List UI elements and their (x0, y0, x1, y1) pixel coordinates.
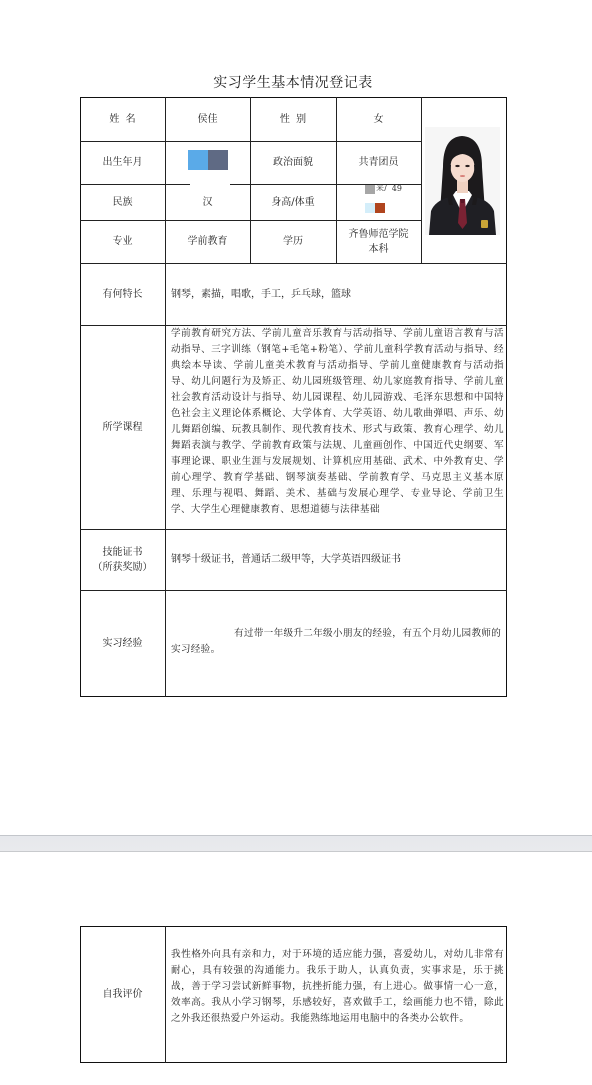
self-evaluation-value: 我性格外向具有亲和力，对于环境的适应能力强，喜爱幼儿，对幼儿非常有耐心，具有较强… (171, 947, 504, 1027)
experience-label: 实习经验 (80, 590, 165, 697)
height-weight-text: 米/ 49 (376, 184, 402, 191)
education-value: 齐鲁师范学院 本科 (336, 220, 421, 263)
ethnicity-label: 民族 (80, 184, 165, 220)
portrait-photo (425, 127, 500, 235)
political-value: 共青团员 (336, 141, 421, 184)
gender-value: 女 (336, 97, 421, 141)
document-page-1: 实习学生基本情况登记表 姓 名 侯佳 性 别 女 出生年月 政治面貌 共青团员 … (0, 0, 592, 835)
certificates-label-line2: （所获奖励） (93, 560, 153, 575)
redaction-block (188, 150, 208, 170)
name-value: 侯佳 (165, 97, 250, 141)
experience-value: 有过带一年级升二年级小朋友的经验，有五个月幼儿园教师的实习经验。 (171, 626, 504, 658)
courses-value: 学前教育研究方法、学前儿童音乐教育与活动指导、学前儿童语言教育与活动指导、三字训… (171, 326, 504, 518)
ethnicity-value: 汉 (165, 184, 250, 220)
page-separator (0, 835, 592, 852)
portrait-icon (425, 127, 500, 235)
education-label: 学历 (250, 220, 336, 263)
gender-label: 性 别 (250, 97, 336, 141)
certificates-value: 钢琴十级证书，普通话二级甲等，大学英语四级证书 (165, 529, 507, 590)
table-rule (165, 926, 166, 1063)
redaction-block (208, 150, 228, 170)
table-rule (421, 97, 422, 263)
certificates-label: 技能证书 （所获奖励） (80, 529, 165, 590)
height-weight-value: 米/ 49 (336, 184, 421, 220)
name-label: 姓 名 (80, 97, 165, 141)
major-value: 学前教育 (165, 220, 250, 263)
birth-value-redacted (165, 141, 250, 184)
redaction-block (365, 185, 375, 194)
redaction-block (375, 203, 385, 213)
specialties-label: 有何特长 (80, 263, 165, 325)
education-degree: 本科 (369, 242, 389, 257)
certificates-label-line1: 技能证书 (103, 545, 143, 560)
courses-label: 所学课程 (80, 325, 165, 529)
birth-label: 出生年月 (80, 141, 165, 184)
education-school: 齐鲁师范学院 (349, 227, 409, 242)
height-weight-label: 身高/体重 (250, 184, 336, 220)
major-label: 专业 (80, 220, 165, 263)
self-evaluation-label: 自我评价 (80, 926, 165, 1063)
redaction-block (365, 203, 375, 213)
document-title: 实习学生基本情况登记表 (80, 72, 506, 92)
political-label: 政治面貌 (250, 141, 336, 184)
specialties-value: 钢琴，素描，唱歌，手工，乒乓球，篮球 (165, 263, 507, 325)
